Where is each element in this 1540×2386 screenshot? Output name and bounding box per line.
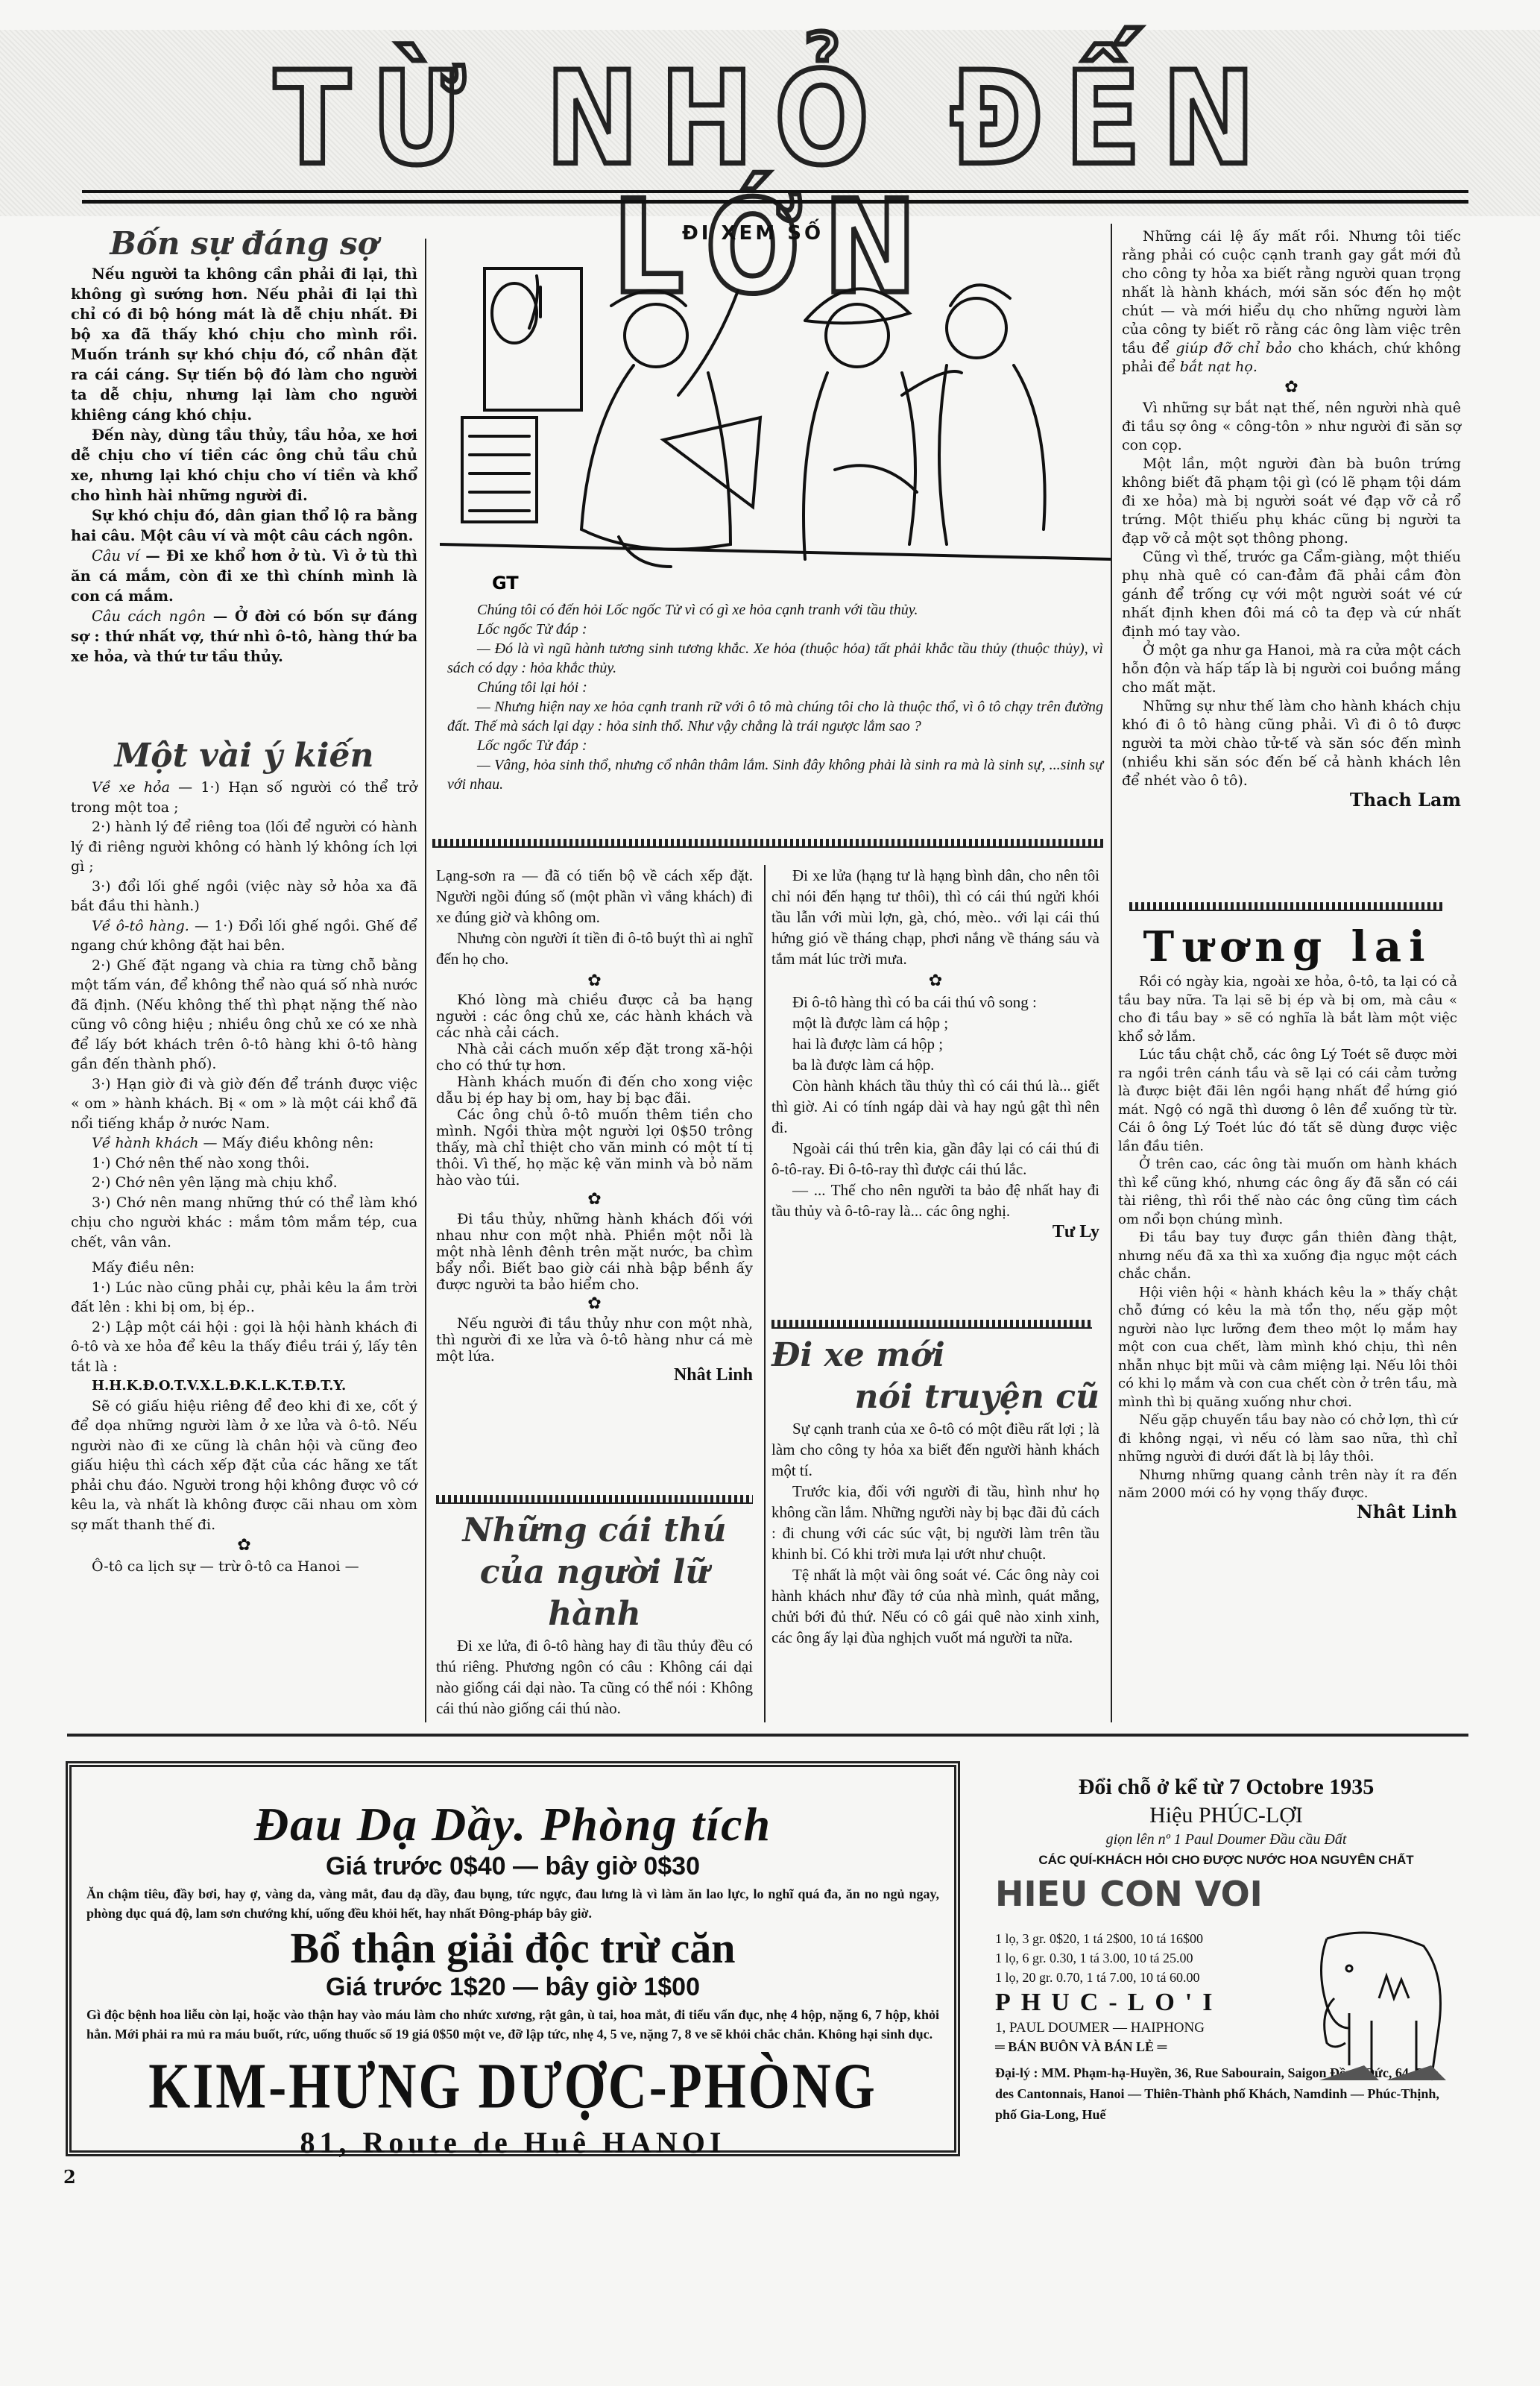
ad-ask: CÁC QUÍ-KHÁCH HỎI CHO ĐƯỢC NƯỚC HOA NGUY… (995, 1853, 1457, 1868)
label: Câu ví (92, 547, 139, 564)
label: Về hành khách (92, 1135, 198, 1151)
label: Về xe hỏa (92, 779, 170, 796)
paragraph: Đi xe lửa (hạng tư là hạng bình dân, cho… (771, 865, 1099, 969)
article-nhung-cai-thu: Những cái thú của người lữ hành Đi xe lử… (436, 1510, 753, 1719)
column-divider (425, 239, 426, 1722)
ornament-icon: ✿ (771, 969, 1099, 992)
column-divider (1111, 224, 1112, 1722)
ad-kim-hung-duoc-phong: Đau Dạ Dầy. Phòng tích Giá trước 0$40 — … (66, 1761, 960, 2156)
label: Về ô-tô hàng. (92, 918, 189, 934)
paragraph: Cũng vì thế, trước ga Cẩm-giàng, một thi… (1122, 548, 1461, 641)
paragraph: Đến này, dùng tầu thủy, tầu hỏa, xe hơi … (71, 425, 417, 506)
paragraph: 2·) Ghế đặt ngang và chia ra từng chỗ bằ… (71, 956, 417, 1074)
paragraph: Tệ nhất là một vài ông soát vé. Các ông … (771, 1564, 1099, 1648)
article-tu-ly: Đi xe lửa (hạng tư là hạng bình dân, cho… (771, 865, 1099, 1242)
ornament-icon: ✿ (71, 1534, 417, 1557)
ad-headline: Bổ thận giải độc trừ căn (86, 1923, 939, 1973)
fortune-teller-cartoon-icon: GT (440, 246, 1111, 596)
paragraph: Một lần, một người đàn bà buôn trứng khô… (1122, 455, 1461, 548)
wavy-divider (432, 839, 1103, 848)
article-title: Đi xe mới (771, 1335, 1099, 1376)
ornament-icon: ✿ (436, 1293, 753, 1315)
paragraph: Đi ô-tô hàng thì có ba cái thú vô song : (771, 992, 1099, 1013)
paragraph: Về hành khách — Mấy điều không nên: (71, 1133, 417, 1153)
article-tuong-lai: Tương lai Rồi có ngày kia, ngoài xe hỏa,… (1118, 921, 1457, 1521)
article-title: Những cái thú (436, 1510, 753, 1552)
ad-address: 81, Route de Huê HANOI (86, 2125, 939, 2160)
caption-line: — Đó là vì ngũ hành tương sinh tương khắ… (447, 639, 1103, 678)
list-item: 2·) Chớ nên yên lặng mà chịu khổ. (71, 1173, 417, 1193)
paragraph: Ở trên cao, các ông tài muốn om hành khá… (1118, 1156, 1457, 1229)
ad-name-large: PHUC-LO'I (995, 1989, 1278, 2017)
paragraph: 2·) hành lý để riêng toa (lối để người c… (71, 817, 417, 877)
paragraph: 3·) đổi lối ghế ngồi (việc này sở hỏa xa… (71, 877, 417, 916)
text: Những cái lệ ấy mất rồi. Nhưng tôi tiếc … (1122, 228, 1461, 356)
wavy-divider (436, 1495, 753, 1504)
wavy-divider (771, 1320, 1092, 1329)
ad-shop-name: KIM-HƯNG DƯỢC-PHÒNG (86, 2050, 939, 2124)
ad-new-address: giọn lên nº 1 Paul Doumer Đầu cầu Đất (995, 1831, 1457, 1848)
paragraph: Nhà cải cách muốn xếp đặt trong xã-hội c… (436, 1041, 753, 1074)
elephant-icon (1304, 1924, 1454, 2088)
paragraph: Ở một ga như ga Hanoi, mà ra cửa một các… (1122, 641, 1461, 697)
paragraph: Hội viên hội « hành khách kêu la » thấy … (1118, 1284, 1457, 1412)
paragraph: Lúc tầu chật chỗ, các ông Lý Toét sẽ đượ… (1118, 1046, 1457, 1156)
article-title: Một vài ý kiến (71, 734, 417, 778)
paragraph: Sẽ có giấu hiệu riêng để đeo khi đi xe, … (71, 1397, 417, 1535)
list-item: một là được làm cá hộp ; (771, 1013, 1099, 1033)
article-title: Tương lai (1118, 921, 1457, 973)
paragraph: Sự cạnh tranh của xe ô-tô có một điều rấ… (771, 1418, 1099, 1481)
price-line: 1 lọ, 3 gr. 0$20, 1 tá 2$00, 10 tá 16$00 (995, 1929, 1278, 1948)
paragraph: Nhưng còn người ít tiền đi ô-tô buýt thì… (436, 928, 753, 969)
section-rule (67, 1734, 1468, 1737)
paragraph: Những cái lệ ấy mất rồi. Nhưng tôi tiếc … (1122, 227, 1461, 377)
list-item: hai là được làm cá hộp ; (771, 1033, 1099, 1054)
elephant-illustration-icon (1304, 1924, 1454, 2088)
page-number: 2 (63, 2166, 76, 2188)
ornament-icon: ✿ (436, 1189, 753, 1211)
paragraph: Đi tầu thủy, những hành khách đối với nh… (436, 1211, 753, 1293)
paragraph: Nếu người ta không cần phải đi lại, thì … (71, 264, 417, 425)
caption-line: Chúng tôi có đến hỏi Lốc ngốc Tử vì có g… (447, 600, 1103, 620)
ornament-icon: ✿ (1122, 377, 1461, 399)
paragraph: Ô-tô ca lịch sự — trừ ô-tô ca Hanoi — (71, 1557, 417, 1577)
list-item: 1·) Lúc nào cũng phải cự, phải kêu la ầm… (71, 1278, 417, 1318)
paragraph: Khó lòng mà chiều được cả ba hạng người … (436, 992, 753, 1041)
paragraph: Về ô-tô hàng. — 1·) Đổi lối ghế ngồi. Gh… (71, 916, 417, 956)
ad-wholesale: ═ BÁN BUÔN VÀ BÁN LẺ ═ (995, 2039, 1278, 2055)
paragraph: Các ông chủ ô-tô muốn thêm tiền cho mình… (436, 1107, 753, 1189)
masthead-title: TỪ NHỎ ĐẾN LỚN (82, 55, 1468, 184)
paragraph: Mấy điều nên: (71, 1258, 417, 1278)
paragraph: Sự khó chịu đó, dân gian thổ lộ ra bằng … (71, 506, 417, 546)
ad-phuc-loi: Đổi chỗ ở kể từ 7 Octobre 1935 Hiệu PHÚC… (995, 1775, 1457, 2125)
author-signature: Thach Lam (1122, 790, 1461, 809)
cartoon-title: ĐI XEM SỐ (682, 222, 824, 245)
paragraph: Còn hành khách tầu thủy thì có cái thú l… (771, 1075, 1099, 1138)
article-thach-lam: Những cái lệ ấy mất rồi. Nhưng tôi tiếc … (1122, 227, 1461, 809)
price-line: 1 lọ, 20 gr. 0.70, 1 tá 7.00, 10 tá 60.0… (995, 1968, 1278, 1987)
article-mot-vai-y-kien: Một vài ý kiến Về xe hỏa — 1·) Hạn số ng… (71, 734, 417, 1577)
paragraph: Lạng-sơn ra — đã có tiến bộ về cách xếp … (436, 865, 753, 928)
paragraph: Nếu người đi tầu thủy như con một nhà, t… (436, 1315, 753, 1364)
caption-line: Lốc ngốc Tử đáp : (447, 736, 1103, 755)
article-di-xe-moi: Đi xe mới nói truyện cũ Sự cạnh tranh củ… (771, 1335, 1099, 1648)
list-item: ba là được làm cá hộp. (771, 1054, 1099, 1075)
paragraph: Nhưng những quang cảnh trên này ít ra đế… (1118, 1467, 1457, 1503)
ad-brand: HIEU CON VOI (995, 1874, 1457, 1914)
cartoon-caption: Chúng tôi có đến hỏi Lốc ngốc Tử vì có g… (447, 600, 1103, 794)
column-divider (764, 865, 766, 1722)
wavy-divider (1129, 902, 1442, 911)
author-signature: Tư Ly (771, 1221, 1099, 1242)
cartoon-illustration: GT (440, 246, 1111, 596)
article-title: Bốn sự đáng sợ (71, 224, 417, 264)
paragraph: 3·) Hạn giờ đi và giờ đến để tránh được … (71, 1074, 417, 1134)
paragraph: Câu cách ngôn — Ở đời có bốn sự đáng sợ … (71, 606, 417, 667)
caption-line: Lốc ngốc Tử đáp : (447, 620, 1103, 639)
ornament-icon: ✿ (436, 969, 753, 992)
ad-description: Ăn chậm tiêu, đầy bơi, hay ợ, vàng da, v… (86, 1884, 939, 1923)
paragraph: Câu ví — Đi xe khổ hơn ở tù. Vì ở tù thì… (71, 546, 417, 606)
label: Câu cách ngôn (92, 608, 206, 625)
paragraph: Rồi có ngày kia, ngoài xe hỏa, ô-tô, ta … (1118, 973, 1457, 1046)
article-title: của người lữ hành (436, 1552, 753, 1635)
paragraph: Những sự như thế làm cho hành khách chịu… (1122, 697, 1461, 790)
acronym: H.H.K.Đ.O.T.V.X.L.Đ.K.L.K.T.Đ.T.Y. (71, 1376, 417, 1397)
article-nhat-linh-continued: Lạng-sơn ra — đã có tiến bộ về cách xếp … (436, 865, 753, 1385)
paragraph: Đi tầu bay tuy được gần thiên đàng thật,… (1118, 1229, 1457, 1284)
paragraph: Về xe hỏa — 1·) Hạn số người có thể trở … (71, 778, 417, 817)
list-item: 2·) Lập một cái hội : gọi là hội hành kh… (71, 1318, 417, 1377)
author-signature: Nhât Linh (436, 1364, 753, 1385)
author-signature: Nhât Linh (1118, 1503, 1457, 1522)
ad-price: Giá trước 0$40 — bây giờ 0$30 (86, 1852, 939, 1881)
text: — Mấy điều không nên: (198, 1135, 373, 1151)
artist-signature: GT (492, 573, 519, 594)
paragraph: Trước kia, đối với người đi tầu, hình nh… (771, 1481, 1099, 1564)
ad-price: Giá trước 1$20 — bây giờ 1$00 (86, 1973, 939, 2002)
paragraph: Ngoài cái thú trên kia, gần đây lại có c… (771, 1138, 1099, 1180)
paragraph: Nếu gặp chuyến tầu bay nào có chở lợn, t… (1118, 1411, 1457, 1467)
ad-description: Gì độc bệnh hoa liễu còn lại, hoặc vào t… (86, 2005, 939, 2044)
caption-line: — Nhưng hiện nay xe hỏa cạnh tranh rữ vớ… (447, 697, 1103, 736)
ad-headline: Đau Dạ Dầy. Phòng tích (86, 1797, 939, 1852)
text: bắt nạt họ. (1180, 359, 1257, 375)
article-title: nói truyện cũ (771, 1376, 1099, 1418)
paragraph: Đi xe lửa, đi ô-tô hàng hay đi tầu thủy … (436, 1635, 753, 1719)
text: giúp đỡ chỉ bảo (1175, 340, 1292, 356)
price-line: 1 lọ, 6 gr. 0.30, 1 tá 3.00, 10 tá 25.00 (995, 1948, 1278, 1968)
list-item: 1·) Chớ nên thế nào xong thôi. (71, 1153, 417, 1174)
caption-line: — Vâng, hỏa sinh thổ, nhưng cổ nhân thâm… (447, 755, 1103, 794)
paragraph: — ... Thế cho nên người ta bảo đệ nhất h… (771, 1180, 1099, 1221)
paragraph: Vì những sự bắt nạt thế, nên người nhà q… (1122, 399, 1461, 455)
masthead-rule (82, 190, 1468, 193)
ad-moved-notice: Đổi chỗ ở kể từ 7 Octobre 1935 (995, 1775, 1457, 1800)
caption-line: Chúng tôi lại hỏi : (447, 678, 1103, 697)
ad-street: 1, PAUL DOUMER — HAIPHONG (995, 2020, 1278, 2036)
list-item: 3·) Chớ nên mang những thứ có thể làm kh… (71, 1193, 417, 1253)
ad-shop-name: Hiệu PHÚC-LỢI (995, 1803, 1457, 1828)
article-bon-su-dang-so: Bốn sự đáng sợ Nếu người ta không cần ph… (71, 224, 417, 667)
masthead-rule (82, 200, 1468, 204)
paragraph: Hành khách muốn đi đến cho xong việc dẫu… (436, 1074, 753, 1107)
